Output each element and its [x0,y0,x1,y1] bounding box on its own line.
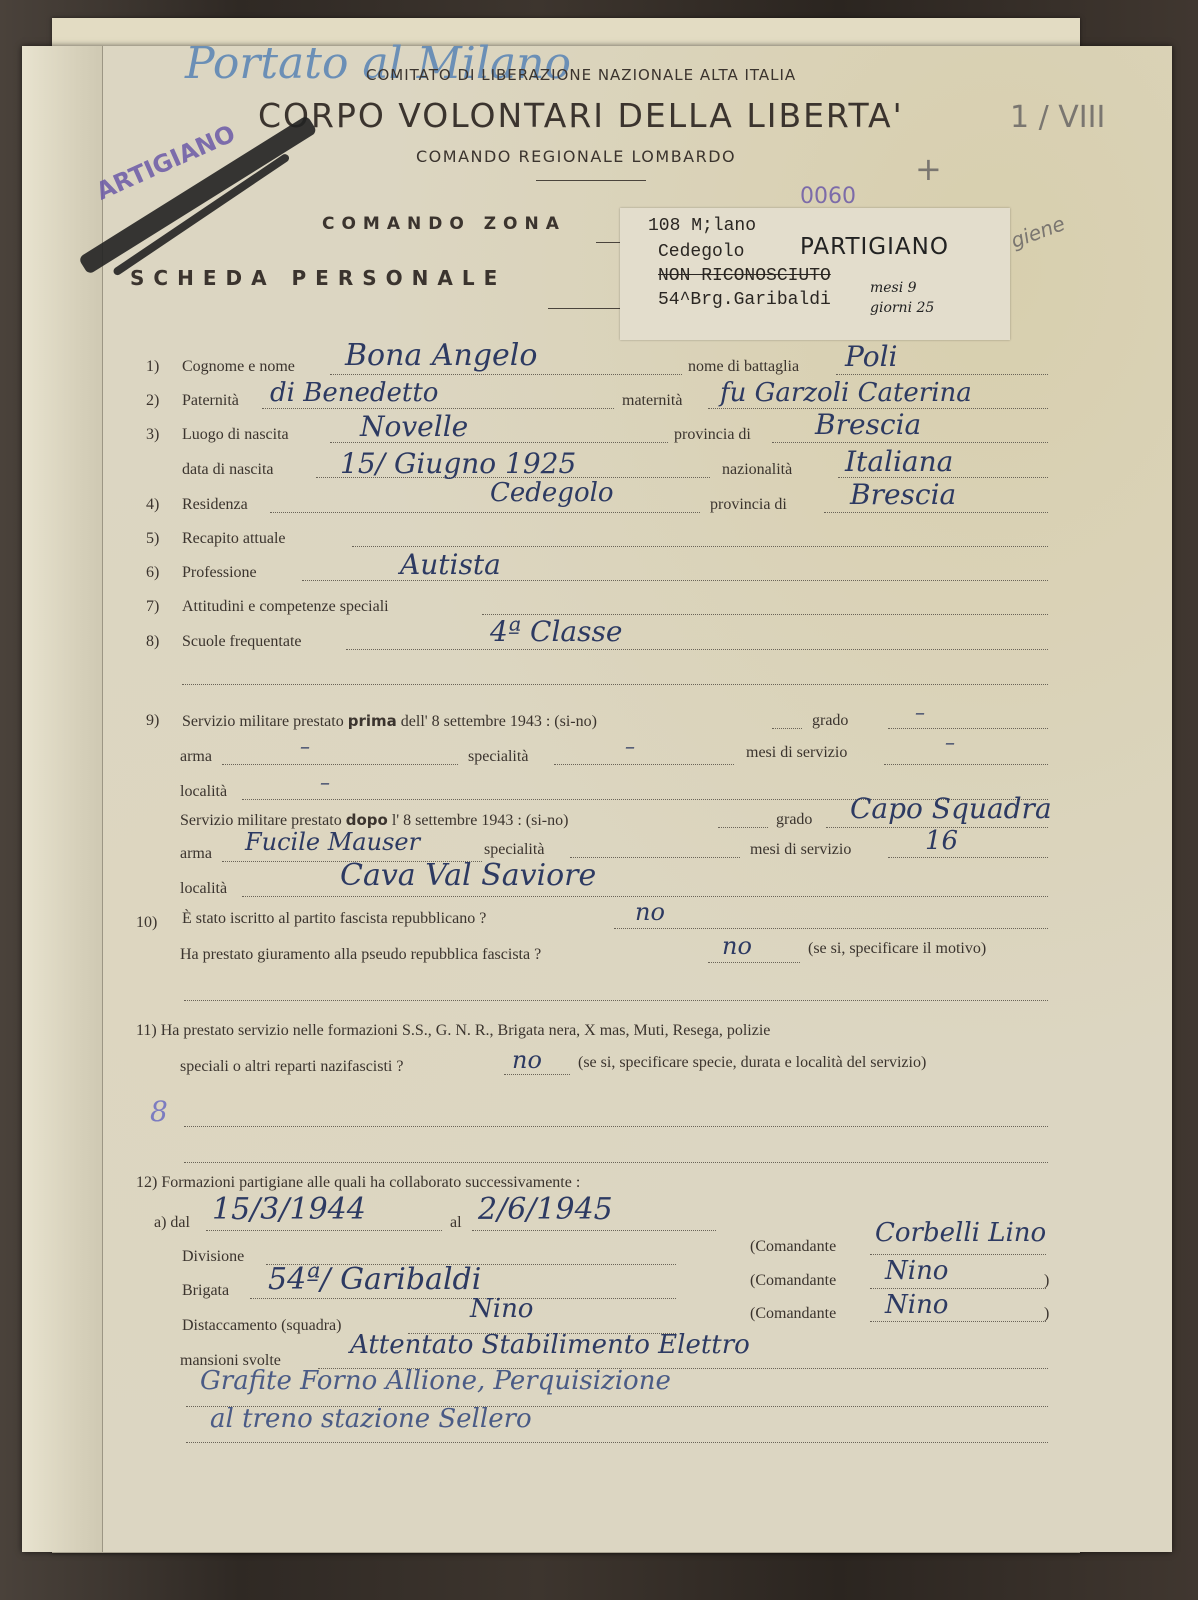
service-after-suffix: l' 8 settembre 1943 : (si-no) [392,812,569,829]
current-address-label: Recapito attuale [182,530,286,548]
division-label: Divisione [182,1248,244,1266]
detachment-commander-value: Nino [885,1290,948,1320]
purple-number-stamp: 0060 [800,184,856,209]
profession-value: Autista [400,548,501,581]
from-date-value: 15/3/1944 [212,1192,366,1227]
specialty-before-label: specialità [468,748,528,766]
residence-province-value: Brescia [850,478,956,511]
oath-question: Ha prestato giuramento alla pseudo repub… [180,946,541,964]
dotted-line [836,374,1048,375]
dotted-line [554,764,734,765]
dotted-line [186,1442,1048,1443]
birthdate-label: data di nascita [182,461,274,479]
field-number: 11) [136,1022,157,1039]
birth-province-label: provincia di [674,426,751,444]
dotted-line [262,408,614,409]
dotted-line [870,1254,1046,1255]
surname-name-label: Cognome e nome [182,358,295,376]
zone-command-label: COMANDO ZONA [322,214,566,234]
field-number: 12) [136,1174,157,1191]
brigade-commander-label: (Comandante [750,1272,836,1290]
maternity-label: maternità [622,392,682,410]
typed-slip: 108 M;lano Cedegolo PARTIGIANO NON RICON… [620,208,1010,340]
skills-label: Attitudini e competenze speciali [182,598,389,616]
blue-side-mark: 8 [150,1095,168,1128]
field-number: 5) [146,530,159,548]
field-number: 3) [146,426,159,444]
field-number: 10) [136,914,157,932]
arm-after-value: Fucile Mauser [245,828,420,856]
birthdate-value: 15/ Giugno 1925 [340,447,576,480]
dotted-line [824,512,1048,513]
residence-value: Cedegolo [490,478,614,508]
profession-label: Professione [182,564,257,582]
brigade-label: Brigata [182,1282,229,1300]
duties-line-3: al treno stazione Sellero [210,1404,532,1434]
dotted-line [888,728,1048,729]
dotted-line [222,764,458,765]
dotted-line [708,962,800,963]
months-before-label: mesi di servizio [746,744,847,762]
division-commander-label: (Comandante [750,1238,836,1256]
residence-label: Residenza [182,496,248,514]
dotted-line [184,1162,1048,1163]
duties-line-2: Grafite Forno Allione, Perquisizione [200,1366,671,1396]
schools-value: 4ª Classe [490,615,622,648]
arm-before-value: – [300,734,310,758]
birthplace-label: Luogo di nascita [182,426,289,444]
schools-label: Scuole frequentate [182,633,302,651]
detachment-label: Distaccamento (squadra) [182,1317,341,1335]
form-title: SCHEDA PERSONALE [130,266,506,290]
dotted-line [888,857,1048,858]
arm-after-label: arma [180,845,212,863]
dotted-line [614,928,1048,929]
slip-months-note: mesi 9 [870,280,917,296]
nationality-value: Italiana [845,445,953,478]
dotted-line [472,1230,716,1231]
oath-answer: no [722,932,752,960]
specialty-after-label: specialità [484,841,544,859]
maternity-value: fu Garzoli Caterina [720,378,972,408]
nationality-label: nazionalità [722,461,792,479]
rank-before-label: grado [812,712,848,730]
arm-before-label: arma [180,748,212,766]
service-before-prefix: Servizio militare prestato [182,713,344,730]
nazifascist-question-line1: Ha prestato servizio nelle formazioni S.… [161,1022,771,1039]
residence-province-label: provincia di [710,496,787,514]
dotted-line [352,546,1048,547]
surname-name-value: Bona Angelo [345,338,537,373]
to-date-value: 2/6/1945 [478,1192,613,1227]
dotted-line [870,1321,1046,1322]
location-after-value: Cava Val Saviore [340,858,596,893]
nazifascist-service-question: 11) Ha prestato servizio nelle formazion… [136,1022,770,1040]
service-after-prefix: Servizio militare prestato [180,812,342,829]
header-corps-title: CORPO VOLONTARI DELLA LIBERTA' [258,96,904,135]
brigade-commander-value: Nino [885,1256,948,1286]
partisan-formations-title-text: Formazioni partigiane alle quali ha coll… [161,1174,580,1191]
birth-province-value: Brescia [815,408,921,441]
to-date-label: al [450,1214,462,1232]
field-number: 8) [146,633,159,651]
specialty-before-value: – [625,734,635,758]
slip-struck-text: NON RICONOSCIUTO [658,266,831,286]
dotted-line [884,764,1048,765]
slip-line-2: Cedegolo [658,242,744,262]
dotted-line [870,1288,1046,1289]
duties-line-1: Attentato Stabilimento Elettro [350,1330,750,1360]
location-before-label: località [180,783,227,801]
pencil-fraction: 1 / VIII [1010,100,1105,135]
paren-close: ) [1044,1305,1049,1323]
from-date-label: a) dal [154,1214,190,1232]
service-before-bold: prima [348,712,397,730]
field-number: 4) [146,496,159,514]
slip-brigade: 54^Brg.Garibaldi [658,290,831,310]
detachment-commander-label: (Comandante [750,1305,836,1323]
paternity-value: di Benedetto [270,378,438,408]
pencil-cross-mark: + [915,150,942,188]
brigade-value: 54ª/ Garibaldi [268,1262,481,1297]
field-number: 9) [146,712,159,730]
dotted-line [270,512,700,513]
dotted-line [718,827,768,828]
field-number: 2) [146,392,159,410]
dotted-line [206,1230,442,1231]
header-divider [536,180,646,181]
birthplace-value: Novelle [360,410,468,443]
paren-close: ) [1044,1272,1049,1290]
dotted-line [182,684,1048,685]
field-number: 6) [146,564,159,582]
nazifascist-note: (se si, specificare specie, durata e loc… [578,1054,926,1072]
title-divider [548,308,620,309]
dotted-line [242,896,1048,897]
fascist-party-question: È stato iscritto al partito fascista rep… [182,910,486,928]
oath-note: (se si, specificare il motivo) [808,940,986,958]
dotted-line [346,649,1048,650]
battle-name-label: nome di battaglia [688,358,799,376]
field-number: 1) [146,358,159,376]
nazifascist-question-line2: speciali o altri reparti nazifascisti ? [180,1058,403,1076]
battle-name-value: Poli [845,340,897,373]
rank-after-label: grado [776,811,812,829]
zone-divider [596,242,620,243]
division-commander-value: Corbelli Lino [875,1218,1046,1248]
fascist-party-answer: no [635,898,665,926]
partisan-formations-title: 12) Formazioni partigiane alle quali ha … [136,1174,580,1192]
slip-line-1: 108 M;lano [648,216,756,236]
dotted-line [184,1126,1048,1127]
field-number: 7) [146,598,159,616]
dotted-line [330,374,682,375]
nazifascist-answer: no [512,1046,542,1074]
service-after-bold: dopo [346,811,388,829]
dotted-line [772,442,1048,443]
dotted-line [184,1000,1048,1001]
dotted-line [772,728,802,729]
dotted-line [504,1074,570,1075]
location-after-label: località [180,880,227,898]
dotted-line [250,1298,676,1299]
service-before-suffix: dell' 8 settembre 1943 : (si-no) [401,713,597,730]
partigiano-stamp: PARTIGIANO [800,234,949,260]
slip-days-note: giorni 25 [870,300,934,316]
detachment-value: Nino [470,1294,533,1324]
rank-after-value: Capo Squadra [850,792,1052,825]
paternity-label: Paternità [182,392,239,410]
location-before-value: – [320,770,330,794]
months-before-value: – [945,730,955,754]
header-regional-command: COMANDO REGIONALE LOMBARDO [416,147,736,166]
months-after-label: mesi di servizio [750,841,851,859]
rank-before-value: – [915,700,925,724]
months-after-value: 16 [925,826,958,856]
service-before-label: Servizio militare prestato prima dell' 8… [182,712,597,731]
header-committee: COMITATO DI LIBERAZIONE NAZIONALE ALTA I… [366,66,796,84]
